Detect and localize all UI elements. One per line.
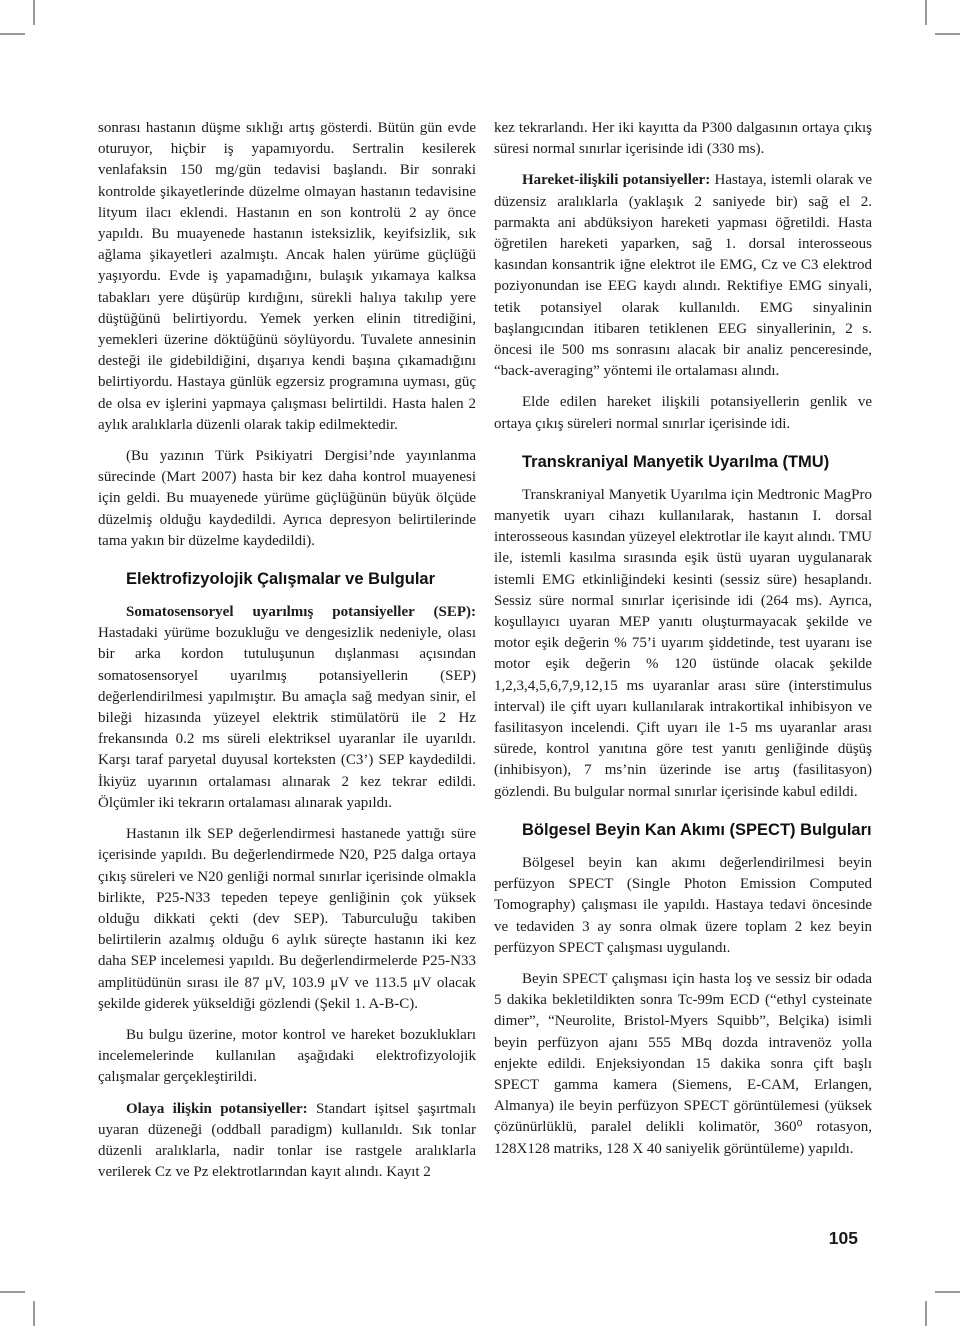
crop-mark-icon	[0, 33, 25, 35]
paragraph: (Bu yazının Türk Psikiyatri Dergisi’nde …	[98, 446, 476, 552]
crop-mark-icon	[33, 1301, 35, 1326]
paragraph-text: Hastadaki yürüme bozukluğu ve dengesizli…	[98, 625, 476, 811]
paragraph: kez tekrarlandı. Her iki kayıtta da P300…	[494, 118, 872, 160]
section-heading: Transkraniyal Manyetik Uyarılma (TMU)	[494, 452, 872, 472]
paragraph: Somatosensoryel uyarılmış potansiyeller …	[98, 602, 476, 814]
crop-mark-icon	[935, 33, 960, 35]
crop-mark-icon	[925, 0, 927, 25]
paragraph: Transkraniyal Manyetik Uyarılma için Med…	[494, 485, 872, 803]
paragraph: Beyin SPECT çalışması için hasta loş ve …	[494, 969, 872, 1160]
paragraph-lead: Hareket-ilişkili potansiyeller:	[522, 172, 710, 188]
paragraph: sonrası hastanın düşme sıklığı artış gös…	[98, 118, 476, 436]
paragraph: Bölgesel beyin kan akımı değerlendirilme…	[494, 853, 872, 959]
crop-mark-icon	[935, 1291, 960, 1293]
paragraph-lead: Olaya ilişkin potansiyeller:	[126, 1101, 308, 1117]
paragraph: Elde edilen hareket ilişkili potansiyell…	[494, 392, 872, 434]
paragraph: Bu bulgu üzerine, motor kontrol ve harek…	[98, 1025, 476, 1089]
crop-mark-icon	[0, 1291, 25, 1293]
section-heading: Bölgesel Beyin Kan Akımı (SPECT) Bulgula…	[494, 820, 872, 840]
crop-mark-icon	[33, 0, 35, 25]
left-column: sonrası hastanın düşme sıklığı artış gös…	[98, 118, 476, 1193]
paragraph-lead: Somatosensoryel uyarılmış potansiyeller …	[126, 604, 476, 620]
page-number: 105	[494, 1228, 858, 1249]
paragraph: Hastanın ilk SEP değerlendirmesi hastane…	[98, 824, 476, 1015]
journal-article-page: sonrası hastanın düşme sıklığı artış gös…	[0, 0, 960, 1326]
paragraph-text: Hastaya, istemli olarak ve düzensiz aral…	[494, 172, 872, 379]
section-heading: Elektrofizyolojik Çalışmalar ve Bulgular	[98, 569, 476, 589]
right-column: kez tekrarlandı. Her iki kayıtta da P300…	[494, 118, 872, 1170]
crop-mark-icon	[925, 1301, 927, 1326]
paragraph: Olaya ilişkin potansiyeller: Standart iş…	[98, 1099, 476, 1184]
paragraph: Hareket-ilişkili potansiyeller: Hastaya,…	[494, 170, 872, 382]
